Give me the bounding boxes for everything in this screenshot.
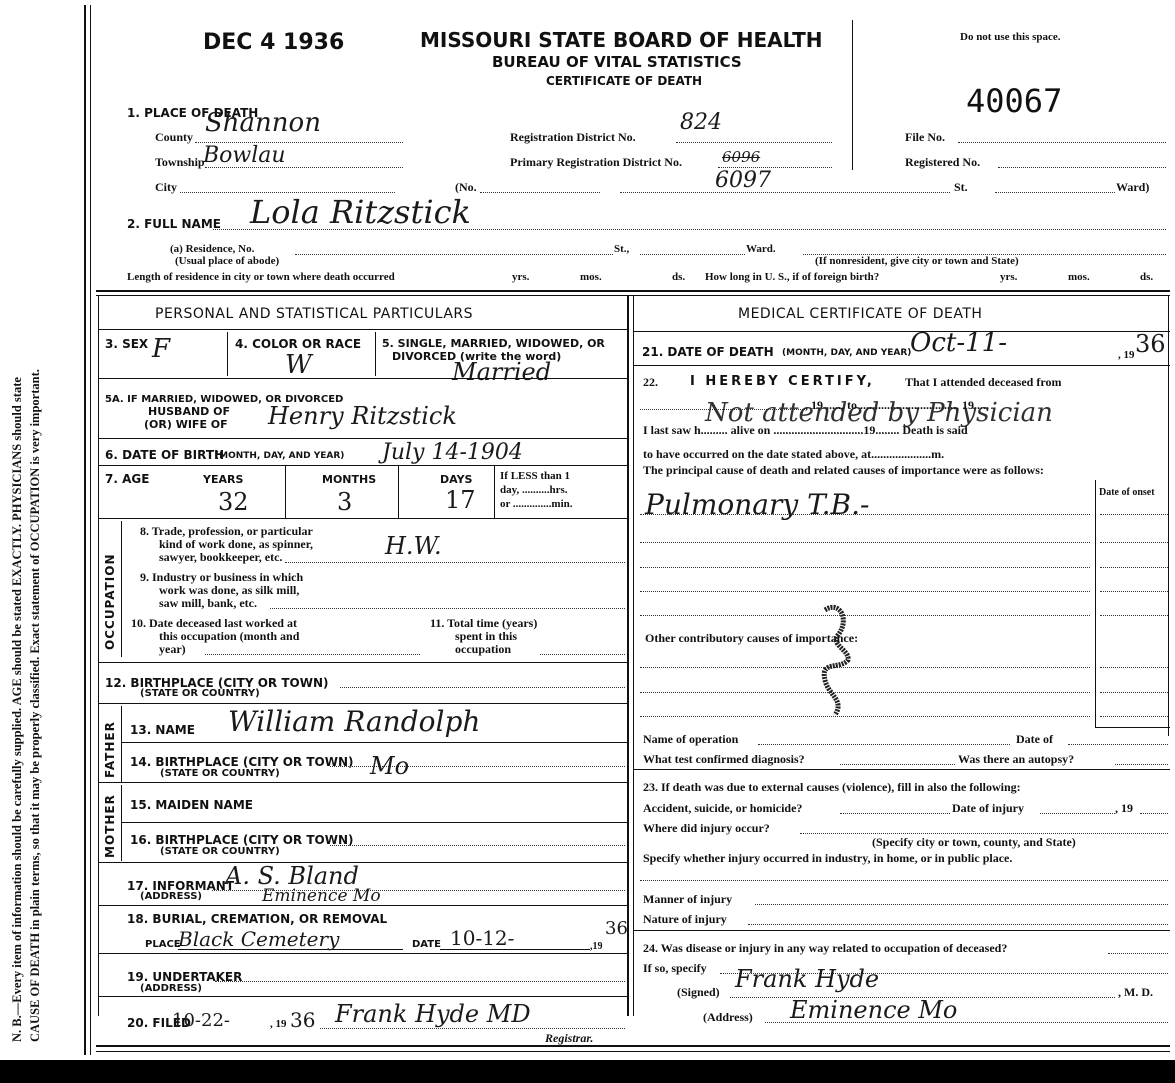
other-cause-line-3 [640,716,1090,717]
dob-label: 6. DATE OF BIRTH [105,448,224,462]
onset-line-6 [1100,667,1168,668]
rule [398,466,399,518]
registration-district-line [676,142,832,143]
burial-label: 18. BURIAL, CREMATION, OR REMOVAL [127,912,387,926]
city-no-line [480,192,600,193]
foreign-birth-label: How long in U. S., if of foreign birth? [705,271,879,283]
rule [99,662,627,663]
q8-line [285,562,625,563]
rule [227,332,228,376]
injury-date-label: Date of injury [952,801,1024,816]
where-injury-label: Where did injury occur? [643,821,770,836]
length-yrs: yrs. [512,271,529,283]
cause-line-2 [640,542,1090,543]
death-certificate: N. B.—Every item of information should b… [0,0,1175,1060]
city-st-label: St. [954,180,968,195]
received-date-stamp: DEC 4 1936 [203,30,344,55]
mother-birthplace-label: 16. BIRTHPLACE (CITY OR TOWN) [130,833,353,847]
burial-year-prefix: ,19 [590,941,603,952]
operation-line [758,744,1010,745]
foreign-yrs: yrs. [1000,271,1017,283]
burial-date-label: DATE [412,939,441,950]
dod-label: 21. DATE OF DEATH [642,345,774,359]
center-divider-inner [633,296,634,1016]
rule [375,332,376,376]
foreign-ds: ds. [1140,271,1153,283]
primary-registration-value: 6097 [715,168,771,193]
occurred-line: to have occurred on the date stated abov… [643,447,944,462]
township-label: Township [155,155,205,170]
mother-birthplace-line [330,845,625,846]
bottom-rule [96,1045,1170,1047]
cause-line-3 [640,567,1090,568]
nature-injury-line [748,924,1168,925]
last-saw-line: I last saw h......... alive on .........… [643,423,968,438]
length-residence-label: Length of residence in city or town wher… [127,271,395,283]
rule [121,785,122,861]
dob-sub: (MONTH, DAY, AND YEAR) [215,451,344,461]
q9-line [270,608,625,609]
physician-signature: Frank Hyde [735,965,879,993]
years-value: 32 [218,488,249,516]
medical-heading: MEDICAL CERTIFICATE OF DEATH [738,306,982,322]
onset-line-3 [1100,567,1168,568]
rule [99,378,627,379]
bottom-rule-inner [96,1051,1170,1052]
rule [634,930,1170,931]
onset-line-5 [1100,615,1168,616]
side-note-line-1: N. B.—Every item of information should b… [8,42,26,1042]
cause-line-1 [640,514,1090,515]
residence-line [295,254,613,255]
where-injury-line [800,833,1168,834]
marital-label-1: 5. SINGLE, MARRIED, WIDOWED, OR [382,337,605,350]
spouse-value: Henry Ritzstick [268,402,457,430]
city-label: City [155,180,177,195]
certify-number: 22. [643,375,658,390]
nature-injury-label: Nature of injury [643,912,727,927]
less-than-day-1: If LESS than 1 [500,470,570,482]
autopsy-line [1115,764,1168,765]
form-name: CERTIFICATE OF DEATH [546,74,702,88]
residence-label: (a) Residence, No. [170,243,254,255]
undertaker-line [215,981,625,982]
q11-line-3: occupation [455,642,511,657]
section-rule-top [96,290,1170,292]
file-number-stamp: 40067 [966,82,1062,120]
other-cause-line-1 [640,667,1090,668]
onset-column-bottom [1095,727,1170,728]
accident-label: Accident, suicide, or homicide? [643,801,802,816]
dod-sub: (MONTH, DAY, AND YEAR) [782,348,911,358]
specify-place-line [640,880,1168,881]
certify-heading: I HEREBY CERTIFY, [690,374,875,389]
certificate-title: MISSOURI STATE BOARD OF HEALTH [420,28,822,52]
undertaker-sub: (ADDRESS) [140,983,202,994]
informant-sub: (ADDRESS) [140,891,202,902]
header-divider [852,20,853,170]
rule [99,465,627,466]
date-of-onset-label: Date of onset [1099,487,1155,498]
rule [99,518,627,519]
city-street-line [620,192,950,193]
side-note-line-2: CAUSE OF DEATH in plain terms, so that i… [26,42,44,1042]
years-label: YEARS [203,473,243,486]
other-cause-line-2 [640,692,1090,693]
rule [121,706,122,782]
rule [99,782,627,783]
foreign-mos: mos. [1068,271,1090,283]
personal-heading: PERSONAL AND STATISTICAL PARTICULARS [155,306,473,322]
father-name-label: 13. NAME [130,723,195,737]
less-than-day-2: day, ..........hrs. [500,484,568,496]
primary-registration-label: Primary Registration District No. [510,155,682,170]
dob-value: July 14-1904 [382,440,523,465]
city-ward-label: Ward) [1116,180,1149,195]
primary-registration-struck: 6096 [722,148,760,166]
injury-year-line [1140,813,1168,814]
injury-year-prefix: , 19 [1115,801,1133,816]
rule [99,996,627,997]
city-ward-line [995,192,1115,193]
physician-address-value: Eminence Mo [790,996,957,1024]
sex-value: F [152,334,170,364]
rule [122,742,627,743]
certify-text: That I attended deceased from [905,375,1061,390]
onset-line-1 [1100,514,1168,515]
rule [99,862,627,863]
marital-value: Married [452,358,551,386]
occupation-side-label: OCCUPATION [103,553,117,650]
birthplace-sub: (STATE OR COUNTRY) [140,688,260,699]
residence-sub: (Usual place of abode) [175,255,279,267]
county-value: Shannon [205,108,321,138]
rule [634,331,1170,332]
informant-address-value: Eminence Mo [262,886,381,906]
filed-year-value: 36 [290,1008,315,1032]
less-than-day-3: or ..............min. [500,498,573,510]
right-border [1168,296,1169,736]
md-label: , M. D. [1118,985,1153,1000]
onset-column-border [1095,480,1096,728]
months-label: MONTHS [322,473,376,486]
burial-year-value: 36 [605,918,628,939]
test-line [840,764,955,765]
months-value: 3 [337,488,352,516]
mother-maiden-label: 15. MAIDEN NAME [130,798,253,812]
mother-side-label: MOTHER [103,794,117,858]
burial-place-value: Black Cemetery [178,927,339,951]
operation-label: Name of operation [643,732,738,747]
ink-stamp-mark [810,600,860,720]
burial-place-label: PLACE [145,939,181,950]
operation-date-line [1068,744,1168,745]
cause-intro: The principal cause of death and related… [643,463,1044,478]
rule [634,769,1170,770]
filed-year-prefix: , 19 [270,1018,287,1030]
registrar-signature: Frank Hyde MD [335,1000,531,1028]
q24-line [1108,953,1168,954]
father-name-value: William Randolph [228,705,480,738]
if-so-label: If so, specify [643,961,707,976]
father-side-label: FATHER [103,721,117,778]
q10-line [205,654,420,655]
township-value: Bowlau [203,143,286,168]
rule [99,953,627,954]
autopsy-label: Was there an autopsy? [958,752,1074,767]
left-panel-border [98,296,99,1016]
days-value: 17 [445,486,476,514]
cause-of-death-value: Pulmonary T.B.- [645,488,869,521]
address-label: (Address) [703,1010,753,1025]
father-birthplace-value: Mo [370,752,409,780]
onset-line-4 [1100,591,1168,592]
rule [99,905,627,906]
father-birthplace-sub: (STATE OR COUNTRY) [160,768,280,779]
days-label: DAYS [440,473,472,486]
birthplace-line [340,687,625,688]
registered-no-label: Registered No. [905,155,980,170]
full-name-value: Lola Ritzstick [250,193,471,231]
registered-no-line [998,167,1166,168]
dod-year-prefix: , 19 [1118,349,1135,361]
rule [121,521,122,657]
test-label: What test confirmed diagnosis? [643,752,805,767]
residence-ward-line [640,254,745,255]
q24-label: 24. Was disease or injury in any way rel… [643,941,1007,956]
q23-label: 23. If death was due to external causes … [643,780,1021,795]
residence-st-label: St., [614,243,629,255]
burial-date-value: 10-12- [450,926,514,950]
do-not-use-note: Do not use this space. [960,31,1061,43]
q8-line-3: sawyer, bookkeeper, etc. [159,550,282,565]
q11-line [540,654,625,655]
instructions-side-note: N. B.—Every item of information should b… [8,42,44,1042]
manner-injury-line [755,904,1168,905]
registrar-line [320,1028,625,1029]
rule [99,703,627,704]
manner-injury-label: Manner of injury [643,892,732,907]
onset-line-2 [1100,542,1168,543]
rule [99,329,627,330]
left-border [84,5,86,1055]
filed-date-value: 10-22- [172,1010,230,1031]
specify-place-label: Specify whether injury occurred in indus… [643,851,1012,866]
registration-district-value: 824 [680,110,722,135]
rule [285,466,286,518]
registrar-label: Registrar. [545,1031,593,1046]
q9-line-3: saw mill, bank, etc. [159,596,257,611]
file-no-line [958,142,1166,143]
rule [494,466,495,518]
bureau-subtitle: BUREAU OF VITAL STATISTICS [492,53,742,71]
onset-line-7 [1100,692,1168,693]
onset-line-8 [1100,716,1168,717]
race-value: W [285,350,312,380]
operation-date-label: Date of [1016,732,1053,747]
registration-district-label: Registration District No. [510,130,636,145]
county-label: County [155,130,193,145]
sex-label: 3. SEX [105,337,148,351]
dod-year-value: 36 [1135,330,1166,358]
signed-label: (Signed) [677,985,720,1000]
nonresident-note: (If nonresident, give city or town and S… [815,255,1019,267]
rule [99,438,627,439]
mother-birthplace-sub: (STATE OR COUNTRY) [160,846,280,857]
cause-line-4 [640,591,1090,592]
spouse-label-2: HUSBAND OF [148,405,230,418]
center-divider [627,296,629,1016]
length-ds: ds. [672,271,685,283]
father-birthplace-label: 14. BIRTHPLACE (CITY OR TOWN) [130,755,353,769]
age-label: 7. AGE [105,472,149,486]
file-no-label: File No. [905,130,945,145]
cause-line-5 [640,615,1090,616]
spouse-label-3: (OR) WIFE OF [144,418,228,431]
race-label: 4. COLOR OR RACE [235,337,361,351]
residence-ward-label: Ward. [746,243,776,255]
where-injury-sub: (Specify city or town, county, and State… [872,835,1076,850]
accident-line [840,813,950,814]
left-border-inner [90,5,91,1055]
full-name-label: 2. FULL NAME [127,217,221,231]
length-mos: mos. [580,271,602,283]
rule [634,365,1170,366]
injury-date-line [1040,813,1115,814]
q8-value: H.W. [385,532,442,560]
rule [122,822,627,823]
dod-value: Oct-11- [910,328,1007,358]
q10-line-3: year) [159,642,186,657]
